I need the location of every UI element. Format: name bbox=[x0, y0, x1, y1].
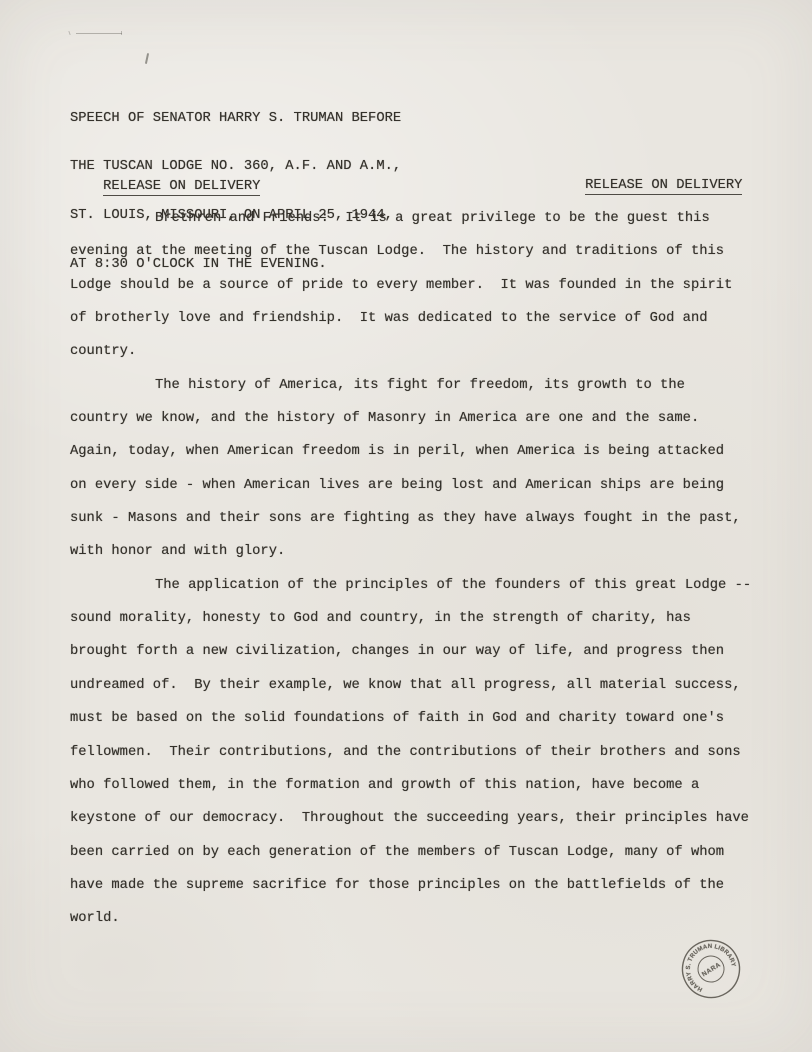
svg-text:HARRY S. TRUMAN LIBRARY: HARRY S. TRUMAN LIBRARY bbox=[678, 936, 741, 995]
text-line: undreamed of. By their example, we know … bbox=[70, 669, 751, 702]
stamp-ring-text: HARRY S. TRUMAN LIBRARY bbox=[678, 936, 741, 995]
text-line: Lodge should be a source of pride to eve… bbox=[70, 269, 751, 302]
text-line: on every side - when American lives are … bbox=[70, 469, 751, 502]
text-line: of brotherly love and friendship. It was… bbox=[70, 302, 751, 335]
text-line: who followed them, in the formation and … bbox=[70, 769, 751, 802]
text-line: evening at the meeting of the Tuscan Lod… bbox=[70, 235, 751, 268]
text-line: The history of America, its fight for fr… bbox=[70, 369, 751, 402]
text-line: sunk - Masons and their sons are fightin… bbox=[70, 502, 751, 535]
text-line: keystone of our democracy. Throughout th… bbox=[70, 802, 751, 835]
text-line: must be based on the solid foundations o… bbox=[70, 702, 751, 735]
release-notice-right-text: RELEASE ON DELIVERY bbox=[585, 178, 742, 195]
text-line: have made the supreme sacrifice for thos… bbox=[70, 869, 751, 902]
text-line: world. bbox=[70, 902, 751, 935]
text-line: brought forth a new civilization, change… bbox=[70, 635, 751, 668]
document-body: Brethren and Friends: It is a great priv… bbox=[70, 202, 751, 936]
text-line: with honor and with glory. bbox=[70, 535, 751, 568]
text-line: sound morality, honesty to God and count… bbox=[70, 602, 751, 635]
pencil-mark-slash bbox=[145, 53, 149, 64]
text-line: country. bbox=[70, 335, 751, 368]
text-line: been carried on by each generation of th… bbox=[70, 836, 751, 869]
text-line: country we know, and the history of Maso… bbox=[70, 402, 751, 435]
text-line: fellowmen. Their contributions, and the … bbox=[70, 736, 751, 769]
page: SPEECH OF SENATOR HARRY S. TRUMAN BEFORE… bbox=[0, 0, 812, 1052]
text-line: Brethren and Friends: It is a great priv… bbox=[70, 202, 751, 235]
stamp-center-text: NARA bbox=[701, 961, 722, 978]
header-line: SPEECH OF SENATOR HARRY S. TRUMAN BEFORE bbox=[70, 111, 401, 127]
release-notice-left-text: RELEASE ON DELIVERY bbox=[103, 179, 260, 196]
text-line: Again, today, when American freedom is i… bbox=[70, 435, 751, 468]
archive-stamp: HARRY S. TRUMAN LIBRARY NARA bbox=[678, 936, 744, 1007]
pencil-mark-dash bbox=[76, 33, 122, 34]
text-line: The application of the principles of the… bbox=[70, 569, 751, 602]
